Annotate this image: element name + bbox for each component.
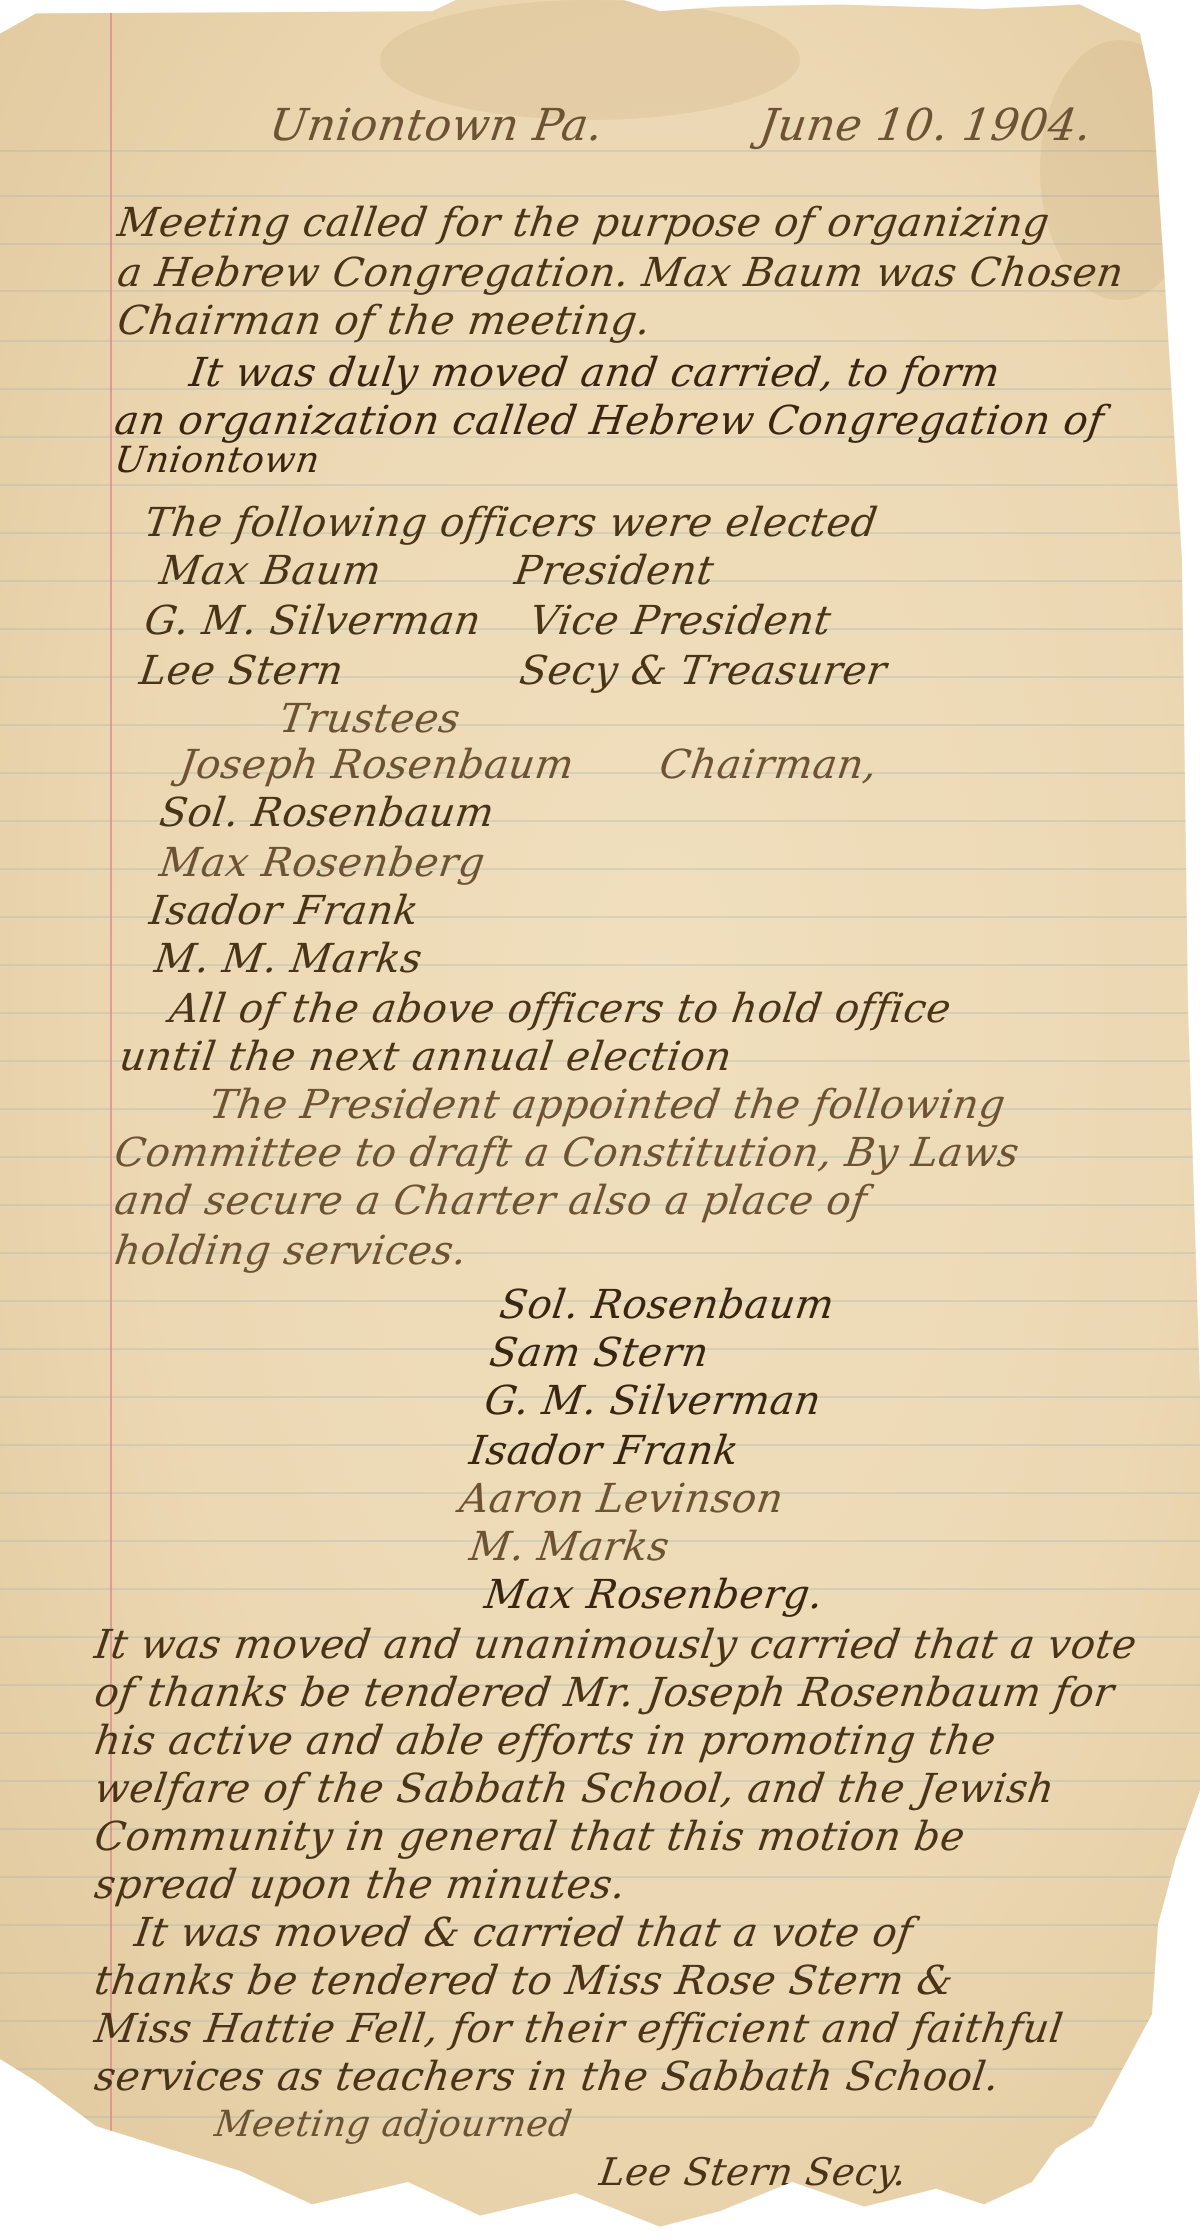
closing-text: Meeting adjourned (212, 2104, 575, 2145)
officers-intro: The following officers were elected (142, 500, 881, 546)
committee-intro-4: holding services. (112, 1228, 470, 1274)
thanks-teachers-1: It was moved & carried that a vote of (132, 1910, 916, 1956)
opening-line-1: Meeting called for the purpose of organi… (115, 200, 1053, 246)
committee-member: M. Marks (467, 1524, 673, 1570)
trustees-heading: Trustees (277, 696, 464, 742)
thanks-rosenbaum-3: his active and able efforts in promoting… (92, 1718, 999, 1764)
trustee-name: Isador Frank (147, 888, 422, 934)
thanks-teachers-2: thanks be tendered to Miss Rose Stern & (92, 1958, 957, 2004)
committee-member: G. M. Silverman (482, 1378, 824, 1424)
committee-intro-3: and secure a Charter also a place of (112, 1178, 870, 1224)
trustee-name: Joseph Rosenbaum (177, 742, 577, 788)
opening-line-2: a Hebrew Congregation. Max Baum was Chos… (115, 250, 1127, 296)
officer-title: Secy & Treasurer (517, 648, 890, 694)
term-line-2: until the next annual election (117, 1034, 735, 1080)
committee-member: Isador Frank (467, 1428, 742, 1474)
committee-member: Sam Stern (487, 1330, 712, 1376)
thanks-rosenbaum-4: welfare of the Sabbath School, and the J… (92, 1766, 1058, 1812)
committee-member: Max Rosenberg. (482, 1572, 826, 1618)
ruled-line (0, 724, 1200, 726)
thanks-teachers-3: Miss Hattie Fell, for their efficient an… (92, 2006, 1066, 2052)
header-date: June 10. 1904. (756, 100, 1094, 151)
thanks-rosenbaum-5: Community in general that this motion be (92, 1814, 968, 1860)
trustee-role: Chairman, (657, 742, 880, 788)
ruled-line (0, 484, 1200, 486)
ruled-line (0, 2116, 1200, 2118)
ruled-line (0, 195, 1200, 197)
motion-line-1: It was duly moved and carried, to form (187, 350, 1003, 396)
committee-member: Sol. Rosenbaum (497, 1282, 837, 1328)
motion-line-3: Uniontown (112, 440, 322, 481)
thanks-rosenbaum-6: spread upon the minutes. (92, 1862, 629, 1908)
committee-intro-2: Committee to draft a Constitution, By La… (112, 1130, 1022, 1176)
header-place: Uniontown Pa. (266, 100, 606, 151)
signature: Lee Stern Secy. (597, 2150, 910, 2194)
trustee-name: Sol. Rosenbaum (157, 790, 497, 836)
officer-name: Max Baum (157, 548, 384, 594)
opening-line-3: Chairman of the meeting. (115, 298, 654, 344)
officer-title: President (512, 548, 717, 594)
officer-title: Vice President (527, 598, 834, 644)
paper-sheet: Uniontown Pa. June 10. 1904. Meeting cal… (0, 0, 1200, 2238)
thanks-rosenbaum-2: of thanks be tendered Mr. Joseph Rosenba… (92, 1670, 1117, 1716)
officer-name: G. M. Silverman (142, 598, 484, 644)
trustee-name: Max Rosenberg (157, 840, 488, 886)
trustee-name: M. M. Marks (152, 936, 425, 982)
term-line-1: All of the above officers to hold office (167, 986, 954, 1032)
committee-intro-1: The President appointed the following (207, 1082, 1009, 1128)
motion-line-2: an organization called Hebrew Congregati… (112, 398, 1107, 444)
officer-name: Lee Stern (137, 648, 347, 694)
thanks-rosenbaum-1: It was moved and unanimously carried tha… (92, 1622, 1140, 1668)
thanks-teachers-4: services as teachers in the Sabbath Scho… (92, 2054, 1002, 2100)
committee-member: Aaron Levinson (457, 1476, 787, 1522)
